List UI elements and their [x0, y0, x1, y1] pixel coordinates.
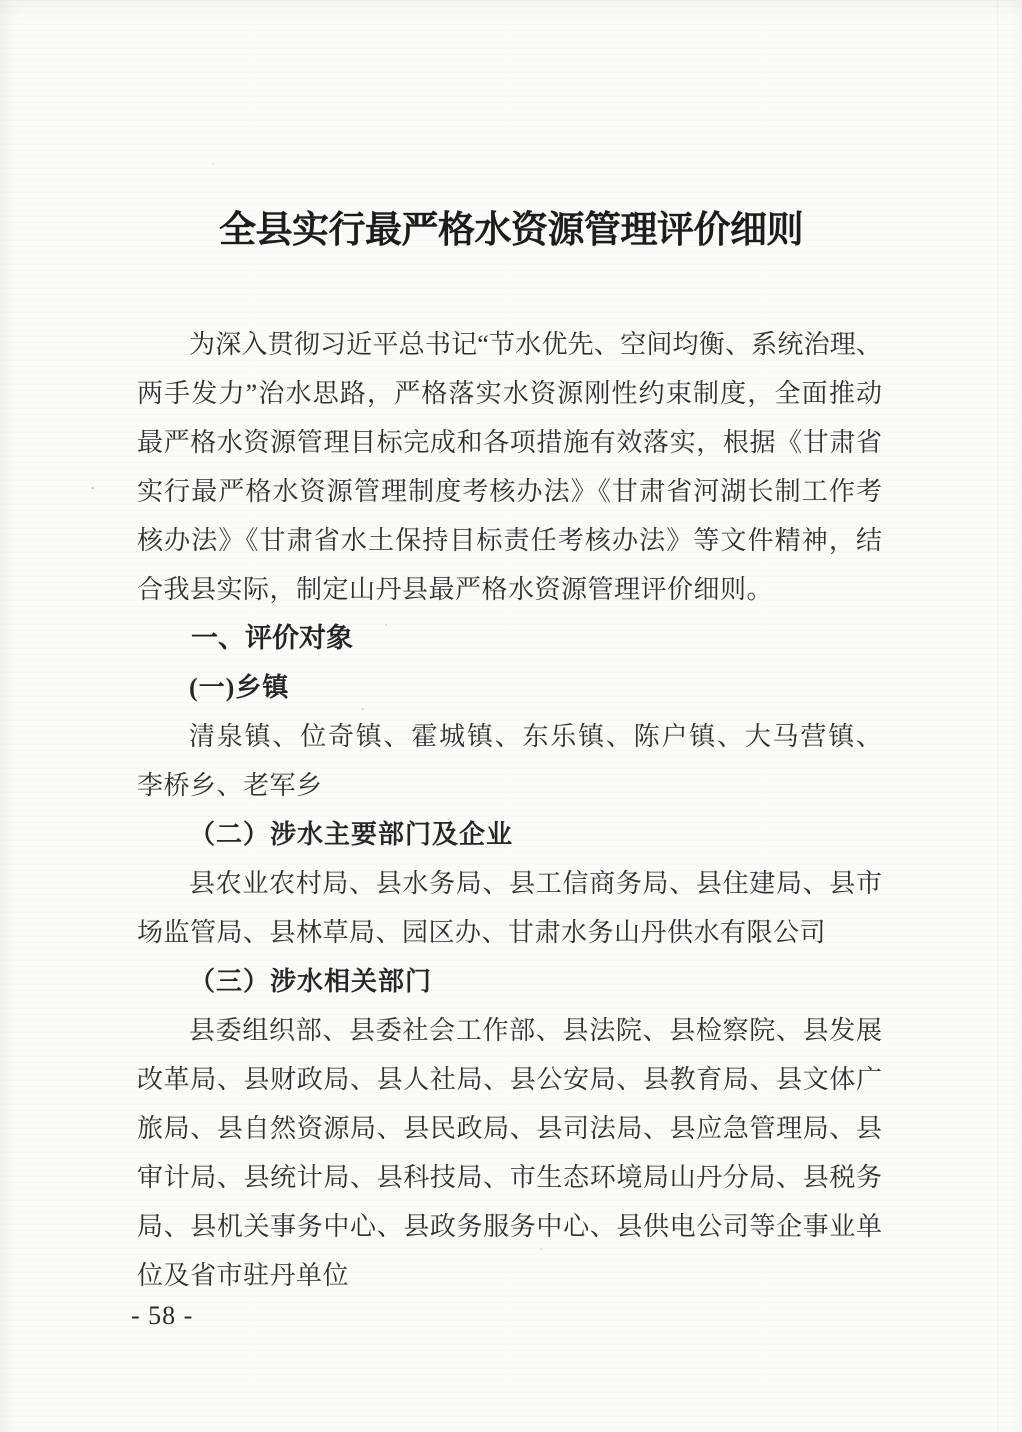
- townships-line1: 清泉镇、位奇镇、霍城镇、东乐镇、陈户镇、大马营镇、: [137, 712, 882, 761]
- paragraph1-line4: 实行最严格水资源管理制度考核办法》《甘肃省河湖长制工作考: [137, 467, 882, 516]
- subsection-heading-main-water-departments: （二）涉水主要部门及企业: [137, 810, 882, 859]
- paragraph1-line6: 合我县实际，制定山丹县最严格水资源管理评价细则。: [137, 565, 882, 614]
- page-number: - 58 -: [131, 1299, 193, 1333]
- subsection-heading-townships: (一)乡镇: [137, 663, 882, 712]
- scan-speck: [91, 487, 94, 489]
- main-departments-line2: 场监管局、县林草局、园区办、甘肃水务山丹供水有限公司: [137, 908, 882, 957]
- main-departments-line1: 县农业农村局、县水务局、县工信商务局、县住建局、县市: [137, 859, 882, 908]
- related-departments-line4: 审计局、县统计局、县科技局、市生态环境局山丹分局、县税务: [137, 1153, 882, 1202]
- related-departments-line2: 改革局、县财政局、县人社局、县公安局、县教育局、县文体广: [137, 1055, 882, 1104]
- related-departments-line6: 位及省市驻丹单位: [137, 1251, 882, 1300]
- subsection-heading-related-water-departments: （三）涉水相关部门: [137, 957, 882, 1006]
- section-heading-evaluation-targets: 一、评价对象: [137, 614, 882, 663]
- related-departments-line1: 县委组织部、县委社会工作部、县法院、县检察院、县发展: [137, 1006, 882, 1055]
- related-departments-line5: 局、县机关事务中心、县政务服务中心、县供电公司等企事业单: [137, 1202, 882, 1251]
- scan-edge-line: [997, 0, 998, 1432]
- paragraph1-line3: 最严格水资源管理目标完成和各项措施有效落实，根据《甘肃省: [137, 418, 882, 467]
- related-departments-line3: 旅局、县自然资源局、县民政局、县司法局、县应急管理局、县: [137, 1104, 882, 1153]
- paragraph1-line2: 两手发力”治水思路，严格落实水资源刚性约束制度，全面推动: [137, 369, 882, 418]
- document-body: 为深入贯彻习近平总书记“节水优先、空间均衡、系统治理、两手发力”治水思路，严格落…: [137, 320, 882, 1300]
- paragraph1-line1: 为深入贯彻习近平总书记“节水优先、空间均衡、系统治理、: [137, 320, 882, 369]
- document-title: 全县实行最严格水资源管理评价细则: [0, 0, 1022, 260]
- scanned-document-page: 全县实行最严格水资源管理评价细则 为深入贯彻习近平总书记“节水优先、空间均衡、系…: [0, 0, 1022, 1432]
- paragraph1-line5: 核办法》《甘肃省水土保持目标责任考核办法》等文件精神，结: [137, 516, 882, 565]
- townships-line2: 李桥乡、老军乡: [137, 761, 882, 810]
